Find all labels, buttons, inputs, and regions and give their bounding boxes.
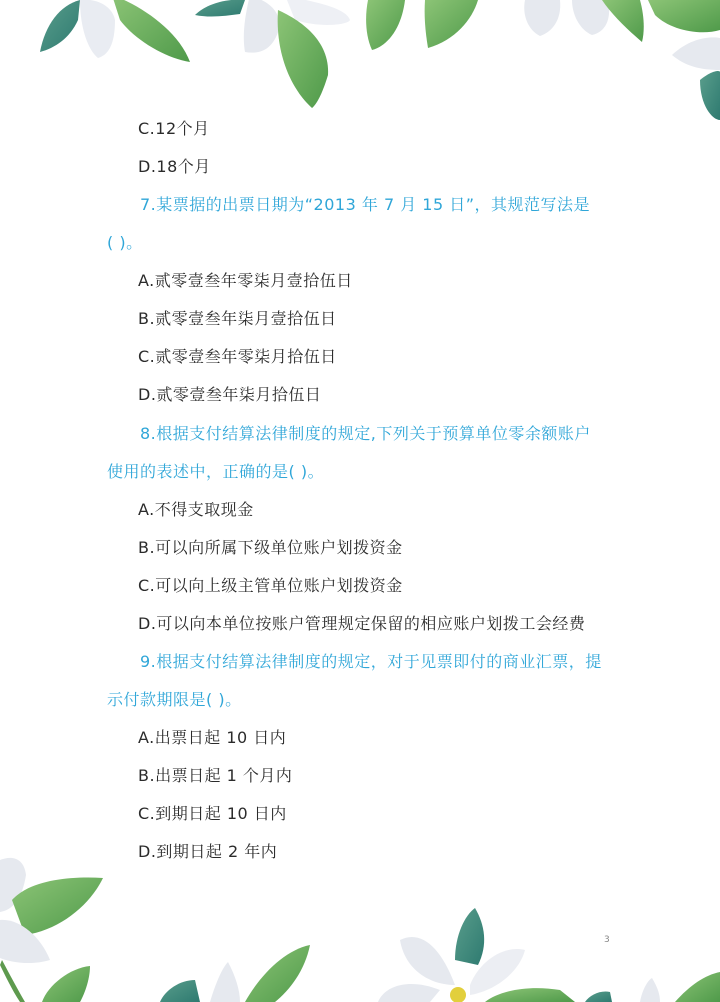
option-6d: D.18个月 — [138, 157, 211, 177]
option-8c: C.可以向上级主管单位账户划拨资金 — [138, 576, 403, 596]
option-7a: A.贰零壹叁年零柒月壹拾伍日 — [138, 271, 353, 291]
leaf-icon — [0, 858, 310, 1002]
question-7: 7.某票据的出票日期为“2013 年 7 月 15 日”，其规范写法是 — [140, 195, 590, 215]
option-7b: B.贰零壹叁年柒月壹拾伍日 — [138, 309, 337, 329]
question-9-cont: 示付款期限是( )。 — [107, 690, 242, 710]
option-6c: C.12个月 — [138, 119, 210, 139]
option-9a: A.出票日起 10 日内 — [138, 728, 286, 748]
option-9b: B.出票日起 1 个月内 — [138, 766, 292, 786]
leaf-icon — [366, 0, 720, 120]
option-8d: D.可以向本单位按账户管理规定保留的相应账户划拨工会经费 — [138, 614, 585, 634]
option-9c: C.到期日起 10 日内 — [138, 804, 287, 824]
flower-icon — [378, 908, 720, 1002]
option-8b: B.可以向所属下级单位账户划拨资金 — [138, 538, 403, 558]
question-9: 9.根据支付结算法律制度的规定，对于见票即付的商业汇票，提 — [140, 652, 602, 672]
option-9d: D.到期日起 2 年内 — [138, 842, 277, 862]
question-8-cont: 使用的表述中，正确的是( )。 — [107, 462, 324, 482]
option-7d: D.贰零壹叁年柒月拾伍日 — [138, 385, 321, 405]
option-7c: C.贰零壹叁年零柒月拾伍日 — [138, 347, 337, 367]
question-8: 8.根据支付结算法律制度的规定,下列关于预算单位零余额账户 — [140, 424, 591, 444]
page-number: 3 — [604, 935, 610, 945]
question-7-cont: ( )。 — [107, 233, 143, 253]
leaf-icon — [195, 0, 350, 108]
leaf-icon — [40, 0, 190, 62]
floral-decoration — [0, 0, 720, 1002]
option-8a: A.不得支取现金 — [138, 500, 254, 520]
